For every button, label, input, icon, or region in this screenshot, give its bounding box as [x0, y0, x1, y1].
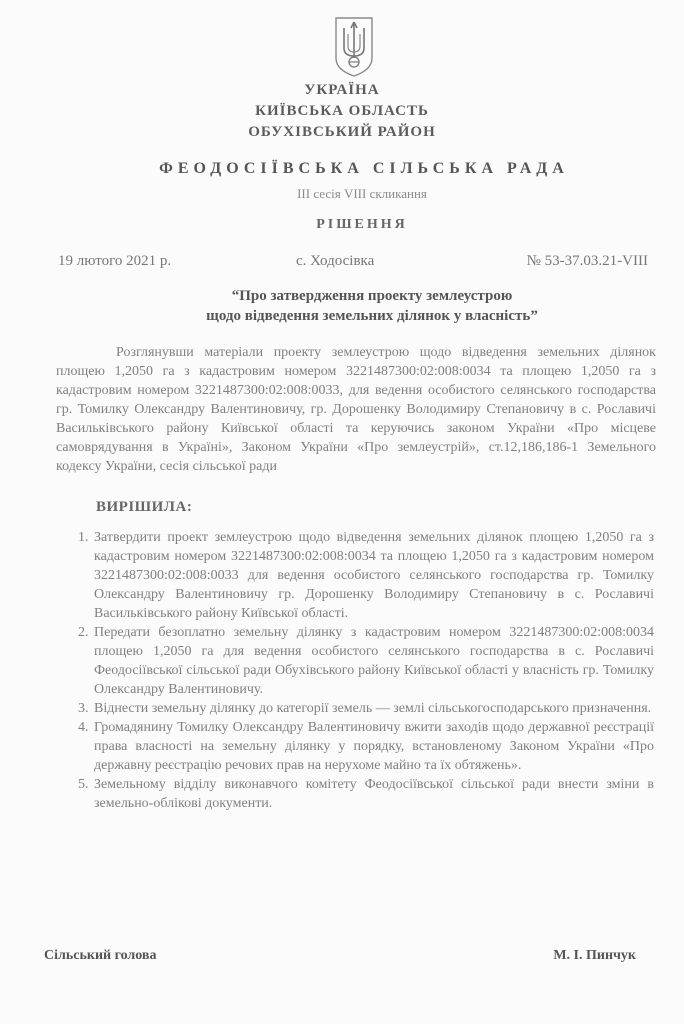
- title-line-2: щодо відведення земельних ділянок у влас…: [60, 306, 684, 326]
- item-number: 5.: [78, 775, 89, 794]
- item-text: Затвердити проект землеустрою щодо відве…: [94, 530, 654, 621]
- item-text: Земельному відділу виконавчого комітету …: [94, 777, 654, 811]
- document-type: РІШЕННЯ: [0, 217, 684, 233]
- item-number: 1.: [78, 528, 89, 547]
- preamble-paragraph: Розглянувши матеріали проекту землеустро…: [56, 343, 656, 476]
- document-date: 19 лютого 2021 р.: [58, 253, 171, 270]
- list-item: 3.Віднести земельну ділянку до категорії…: [78, 699, 654, 718]
- title-line-1: “Про затвердження проекту землеустрою: [60, 286, 684, 306]
- list-item: 5.Земельному відділу виконавчого комітет…: [78, 775, 654, 813]
- item-number: 3.: [78, 699, 89, 718]
- item-number: 4.: [78, 718, 89, 737]
- district-name: ОБУХІВСЬКИЙ РАЙОН: [0, 122, 684, 143]
- list-item: 4.Громадянину Томилку Олександру Валенти…: [78, 718, 654, 775]
- list-item: 1.Затвердити проект землеустрою щодо від…: [78, 528, 654, 623]
- item-text: Передати безоплатно земельну ділянку з к…: [94, 625, 654, 697]
- document-number: № 53-37.03.21-VIII: [527, 253, 648, 270]
- signatory-position: Сільський голова: [44, 948, 156, 964]
- list-item: 2.Передати безоплатно земельну ділянку з…: [78, 623, 654, 699]
- session-info: ІІІ сесія VIII скликання: [0, 186, 684, 202]
- document-place: с. Ходосівка: [296, 253, 374, 270]
- decision-title: “Про затвердження проекту землеустрою що…: [0, 286, 684, 326]
- item-text: Громадянину Томилку Олександру Валентино…: [94, 720, 654, 773]
- resolved-heading: ВИРІШИЛА:: [96, 499, 192, 516]
- item-text: Віднести земельну ділянку до категорії з…: [94, 701, 651, 716]
- item-number: 2.: [78, 623, 89, 642]
- document-page: УКРАЇНА КИЇВСЬКА ОБЛАСТЬ ОБУХІВСЬКИЙ РАЙ…: [0, 0, 684, 1024]
- ukraine-coat-of-arms-icon: [332, 14, 376, 78]
- resolution-items: 1.Затвердити проект землеустрою щодо від…: [78, 528, 654, 813]
- signatory-name: М. І. Пинчук: [553, 948, 636, 964]
- header-block: УКРАЇНА КИЇВСЬКА ОБЛАСТЬ ОБУХІВСЬКИЙ РАЙ…: [0, 80, 684, 143]
- region-name: КИЇВСЬКА ОБЛАСТЬ: [0, 101, 684, 122]
- country-name: УКРАЇНА: [0, 80, 684, 101]
- council-name: ФЕОДОСІЇВСЬКА СІЛЬСЬКА РАДА: [0, 160, 684, 178]
